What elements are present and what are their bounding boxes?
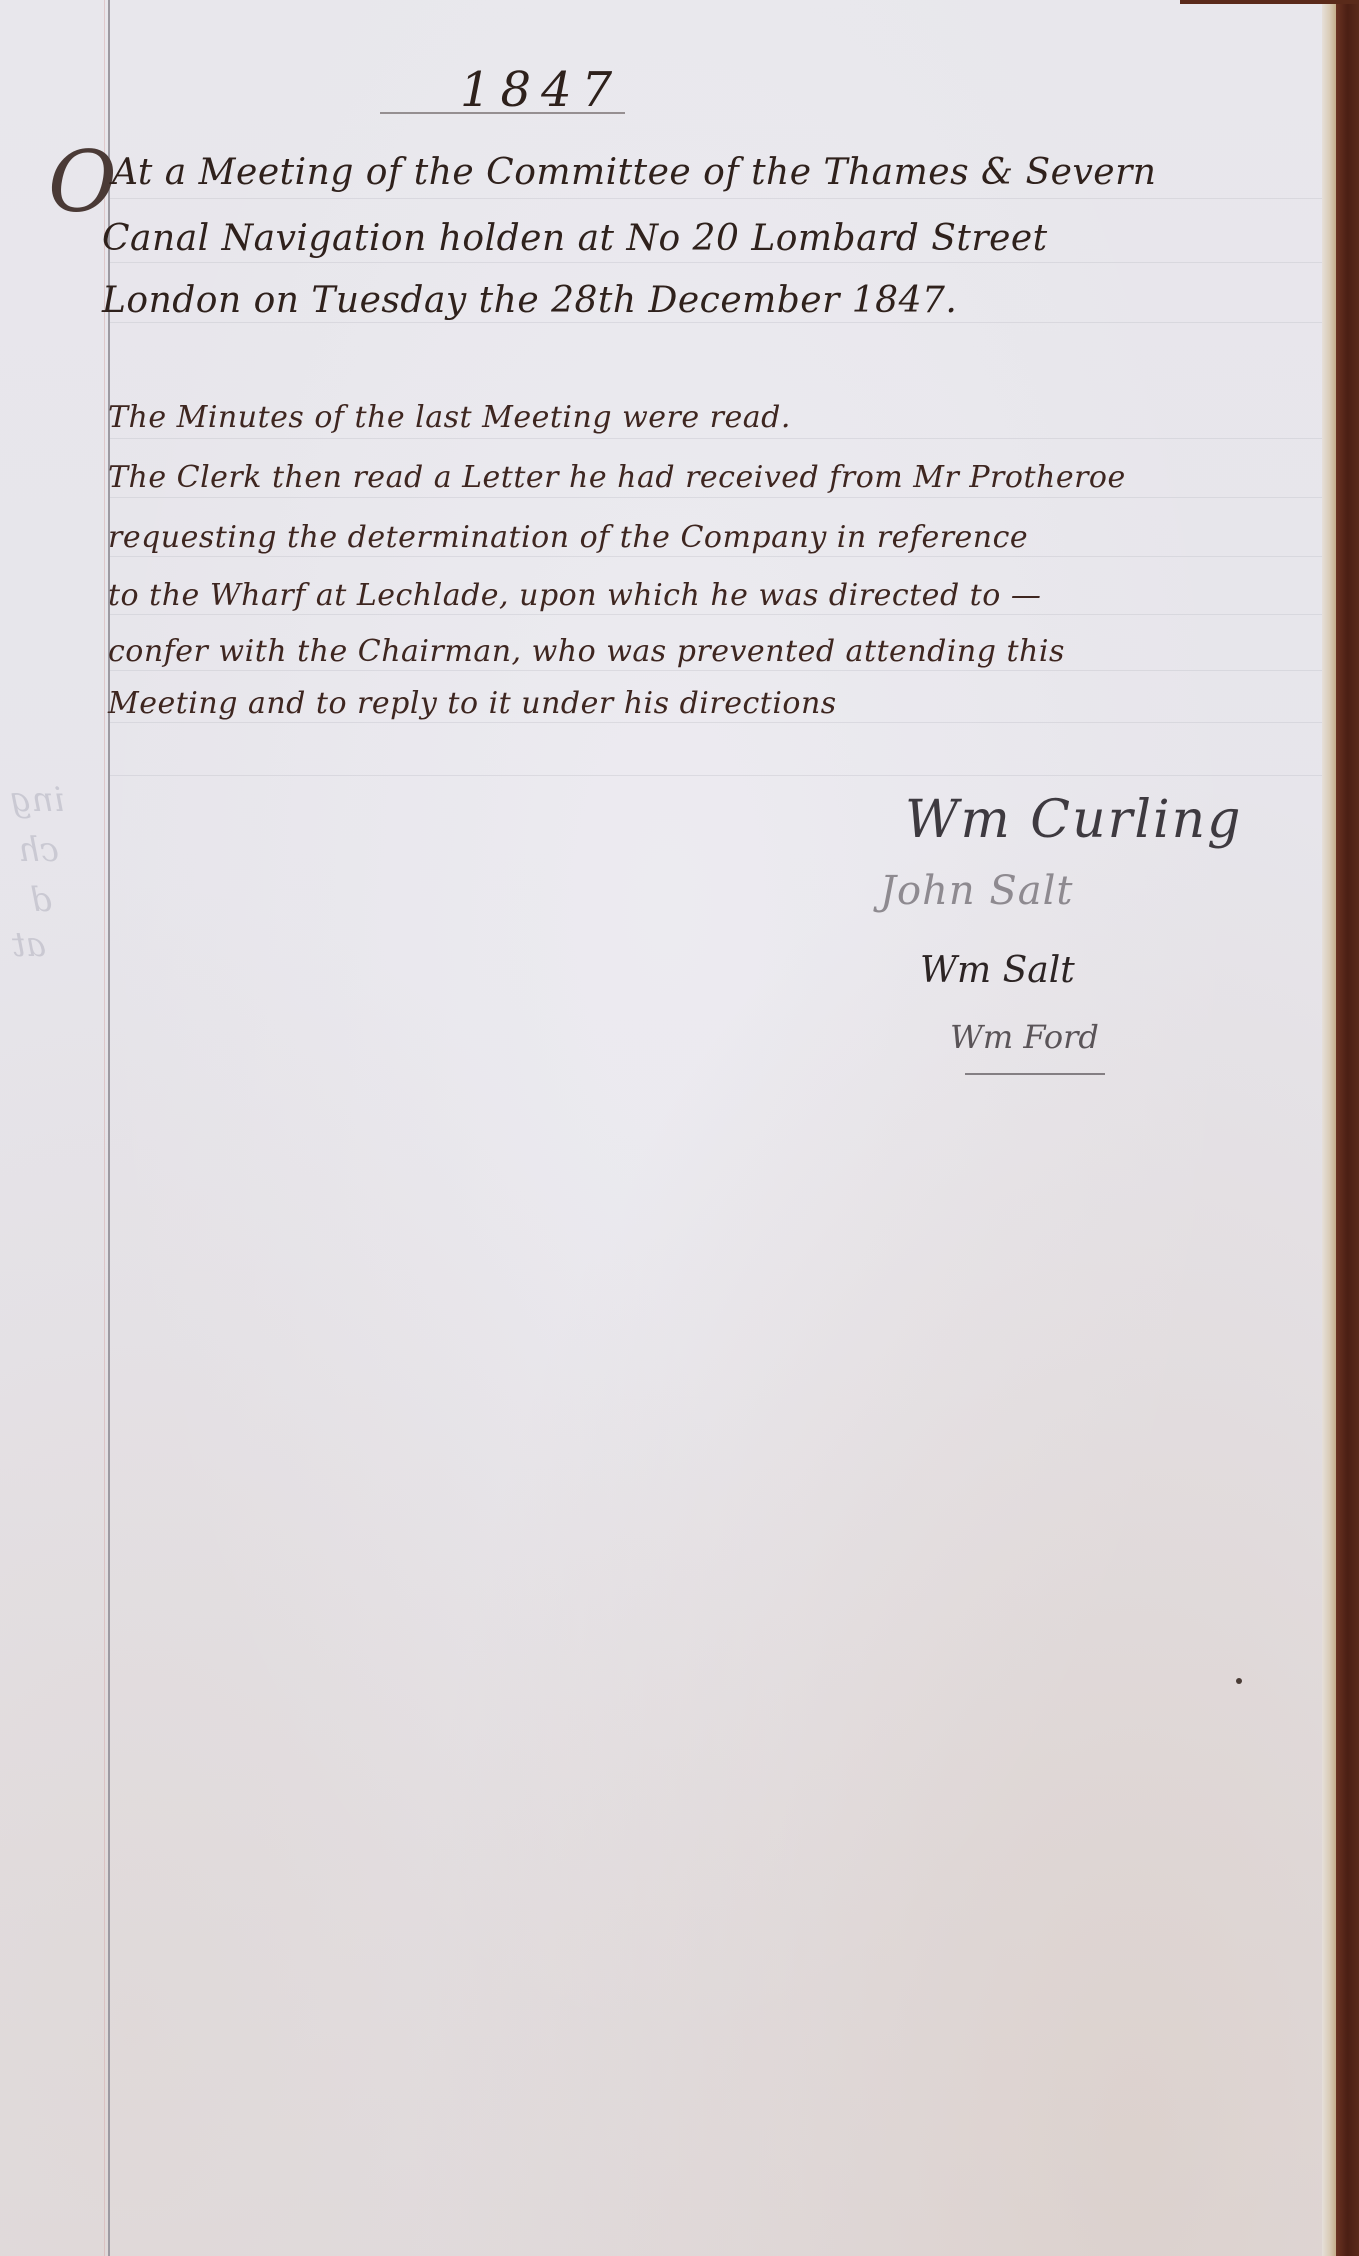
- margin-rule-red: [104, 0, 105, 2256]
- ledger-page: ing ch d at 1847 O At a Meeting of the C…: [0, 0, 1336, 2256]
- heading-line-3: London on Tuesday the 28th December 1847…: [102, 280, 957, 321]
- year-underline: [380, 112, 625, 114]
- margin-rule: [108, 0, 110, 2256]
- margin-bleed-through: ch: [18, 830, 59, 870]
- ruled-line: [110, 614, 1325, 615]
- ruled-line: [110, 198, 1325, 199]
- opening-flourish: O: [48, 140, 117, 224]
- signature-wm-ford: Wm Ford: [950, 1018, 1099, 1056]
- ruled-line: [110, 556, 1325, 557]
- body-line-3: requesting the determination of the Comp…: [108, 520, 1028, 555]
- page-edge: [1322, 0, 1336, 2256]
- heading-line-2: Canal Navigation holden at No 20 Lombard…: [102, 218, 1048, 259]
- year-heading: 1847: [460, 62, 622, 118]
- signature-wm-salt: Wm Salt: [920, 950, 1075, 991]
- ruled-line: [110, 497, 1325, 498]
- margin-bleed-through: at: [12, 925, 46, 965]
- margin-bleed-through: ing: [10, 780, 65, 820]
- ruled-line: [110, 438, 1325, 439]
- ruled-line: [110, 322, 1325, 323]
- ruled-line: [110, 722, 1325, 723]
- signature-wm-curling: Wm Curling: [905, 790, 1242, 850]
- body-line-1: The Minutes of the last Meeting were rea…: [108, 400, 791, 435]
- body-line-4: to the Wharf at Lechlade, upon which he …: [108, 578, 1041, 613]
- book-cover-top: [1180, 0, 1359, 4]
- ruled-line: [110, 262, 1325, 263]
- body-line-2: The Clerk then read a Letter he had rece…: [108, 460, 1126, 495]
- ruled-line: [110, 775, 1325, 776]
- signature-underline: [965, 1073, 1105, 1075]
- margin-bleed-through: d: [30, 880, 52, 920]
- body-line-5: confer with the Chairman, who was preven…: [108, 634, 1065, 669]
- signature-john-salt: John Salt: [880, 868, 1073, 914]
- heading-line-1: At a Meeting of the Committee of the Tha…: [112, 152, 1157, 193]
- body-line-6: Meeting and to reply to it under his dir…: [108, 686, 837, 721]
- book-cover-edge: [1336, 0, 1359, 2256]
- ruled-line: [110, 670, 1325, 671]
- ink-speck: [1236, 1678, 1242, 1684]
